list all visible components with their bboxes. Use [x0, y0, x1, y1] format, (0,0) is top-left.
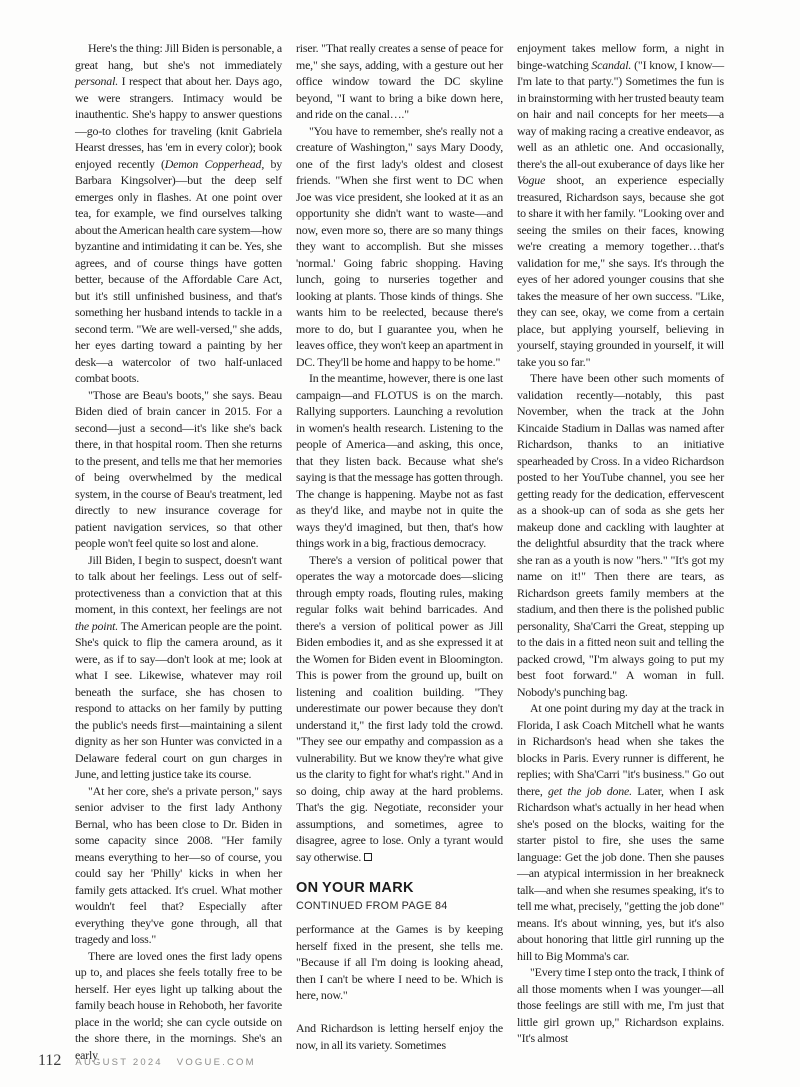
page-footer: 112 AUGUST 2024 VOGUE.COM [38, 1052, 256, 1070]
paragraph: "Those are Beau's boots," she says. Beau… [75, 387, 282, 552]
footer-issue: AUGUST 2024 [75, 1057, 162, 1068]
body-text: There's a version of political power tha… [296, 553, 503, 864]
italic-text: personal. [75, 74, 118, 88]
article-column: riser. "That really creates a sense of p… [296, 40, 503, 1063]
article-column: enjoyment takes mellow form, a night in … [517, 40, 724, 1063]
paragraph: "Every time I step onto the track, I thi… [517, 964, 724, 1047]
paragraph: There's a version of political power tha… [296, 552, 503, 866]
paragraph: There have been other such moments of va… [517, 370, 724, 700]
paragraph: And Richardson is letting herself enjoy … [296, 1020, 503, 1053]
body-text: Here's the thing: Jill Biden is personab… [75, 41, 282, 72]
end-of-article-mark [364, 853, 372, 861]
body-text: And Richardson is letting herself enjoy … [296, 1021, 503, 1052]
body-text: "You have to remember, she's really not … [296, 124, 503, 369]
paragraph: "You have to remember, she's really not … [296, 123, 503, 371]
body-text: Jill Biden, I begin to suspect, doesn't … [75, 553, 282, 617]
body-text: "At her core, she's a private person," s… [75, 784, 282, 947]
footer-site: VOGUE.COM [177, 1057, 256, 1068]
article-columns: Here's the thing: Jill Biden is personab… [75, 40, 725, 1063]
page-number: 112 [38, 1052, 61, 1070]
paragraph: riser. "That really creates a sense of p… [296, 40, 503, 123]
body-text: Later, when I ask Richardson what's actu… [517, 784, 724, 963]
body-text: There have been other such moments of va… [517, 371, 724, 699]
body-text: riser. "That really creates a sense of p… [296, 41, 503, 121]
paragraph: At one point during my day at the track … [517, 700, 724, 964]
paragraph: performance at the Games is by keeping h… [296, 921, 503, 1004]
italic-text: Scandal. [591, 58, 631, 72]
body-text: performance at the Games is by keeping h… [296, 922, 503, 1002]
article-column: Here's the thing: Jill Biden is personab… [75, 40, 282, 1063]
body-text: "Every time I step onto the track, I thi… [517, 965, 724, 1045]
section-heading: ON YOUR MARK [296, 880, 503, 897]
body-text: "Those are Beau's boots," she says. Beau… [75, 388, 282, 551]
paragraph: Here's the thing: Jill Biden is personab… [75, 40, 282, 387]
italic-text: Vogue [517, 173, 545, 187]
italic-text: the point. [75, 619, 118, 633]
body-text: The American people are the point. She's… [75, 619, 282, 782]
paragraph: enjoyment takes mellow form, a night in … [517, 40, 724, 370]
body-text: There are loved ones the first lady open… [75, 949, 282, 1062]
italic-text: Demon Copperhead, [165, 157, 264, 171]
body-text: shoot, an experience especially treasure… [517, 173, 724, 369]
body-text: In the meantime, however, there is one l… [296, 371, 503, 550]
magazine-page: Here's the thing: Jill Biden is personab… [0, 0, 800, 1087]
section-subheading: CONTINUED FROM PAGE 84 [296, 898, 503, 915]
paragraph: Jill Biden, I begin to suspect, doesn't … [75, 552, 282, 783]
italic-text: get the job done. [548, 784, 632, 798]
paragraph: There are loved ones the first lady open… [75, 948, 282, 1064]
body-text: by Barbara Kingsolver)—but the deep self… [75, 157, 282, 386]
paragraph: In the meantime, however, there is one l… [296, 370, 503, 552]
body-text: ("I know, I know—I'm late to that party.… [517, 58, 724, 171]
paragraph: "At her core, she's a private person," s… [75, 783, 282, 948]
